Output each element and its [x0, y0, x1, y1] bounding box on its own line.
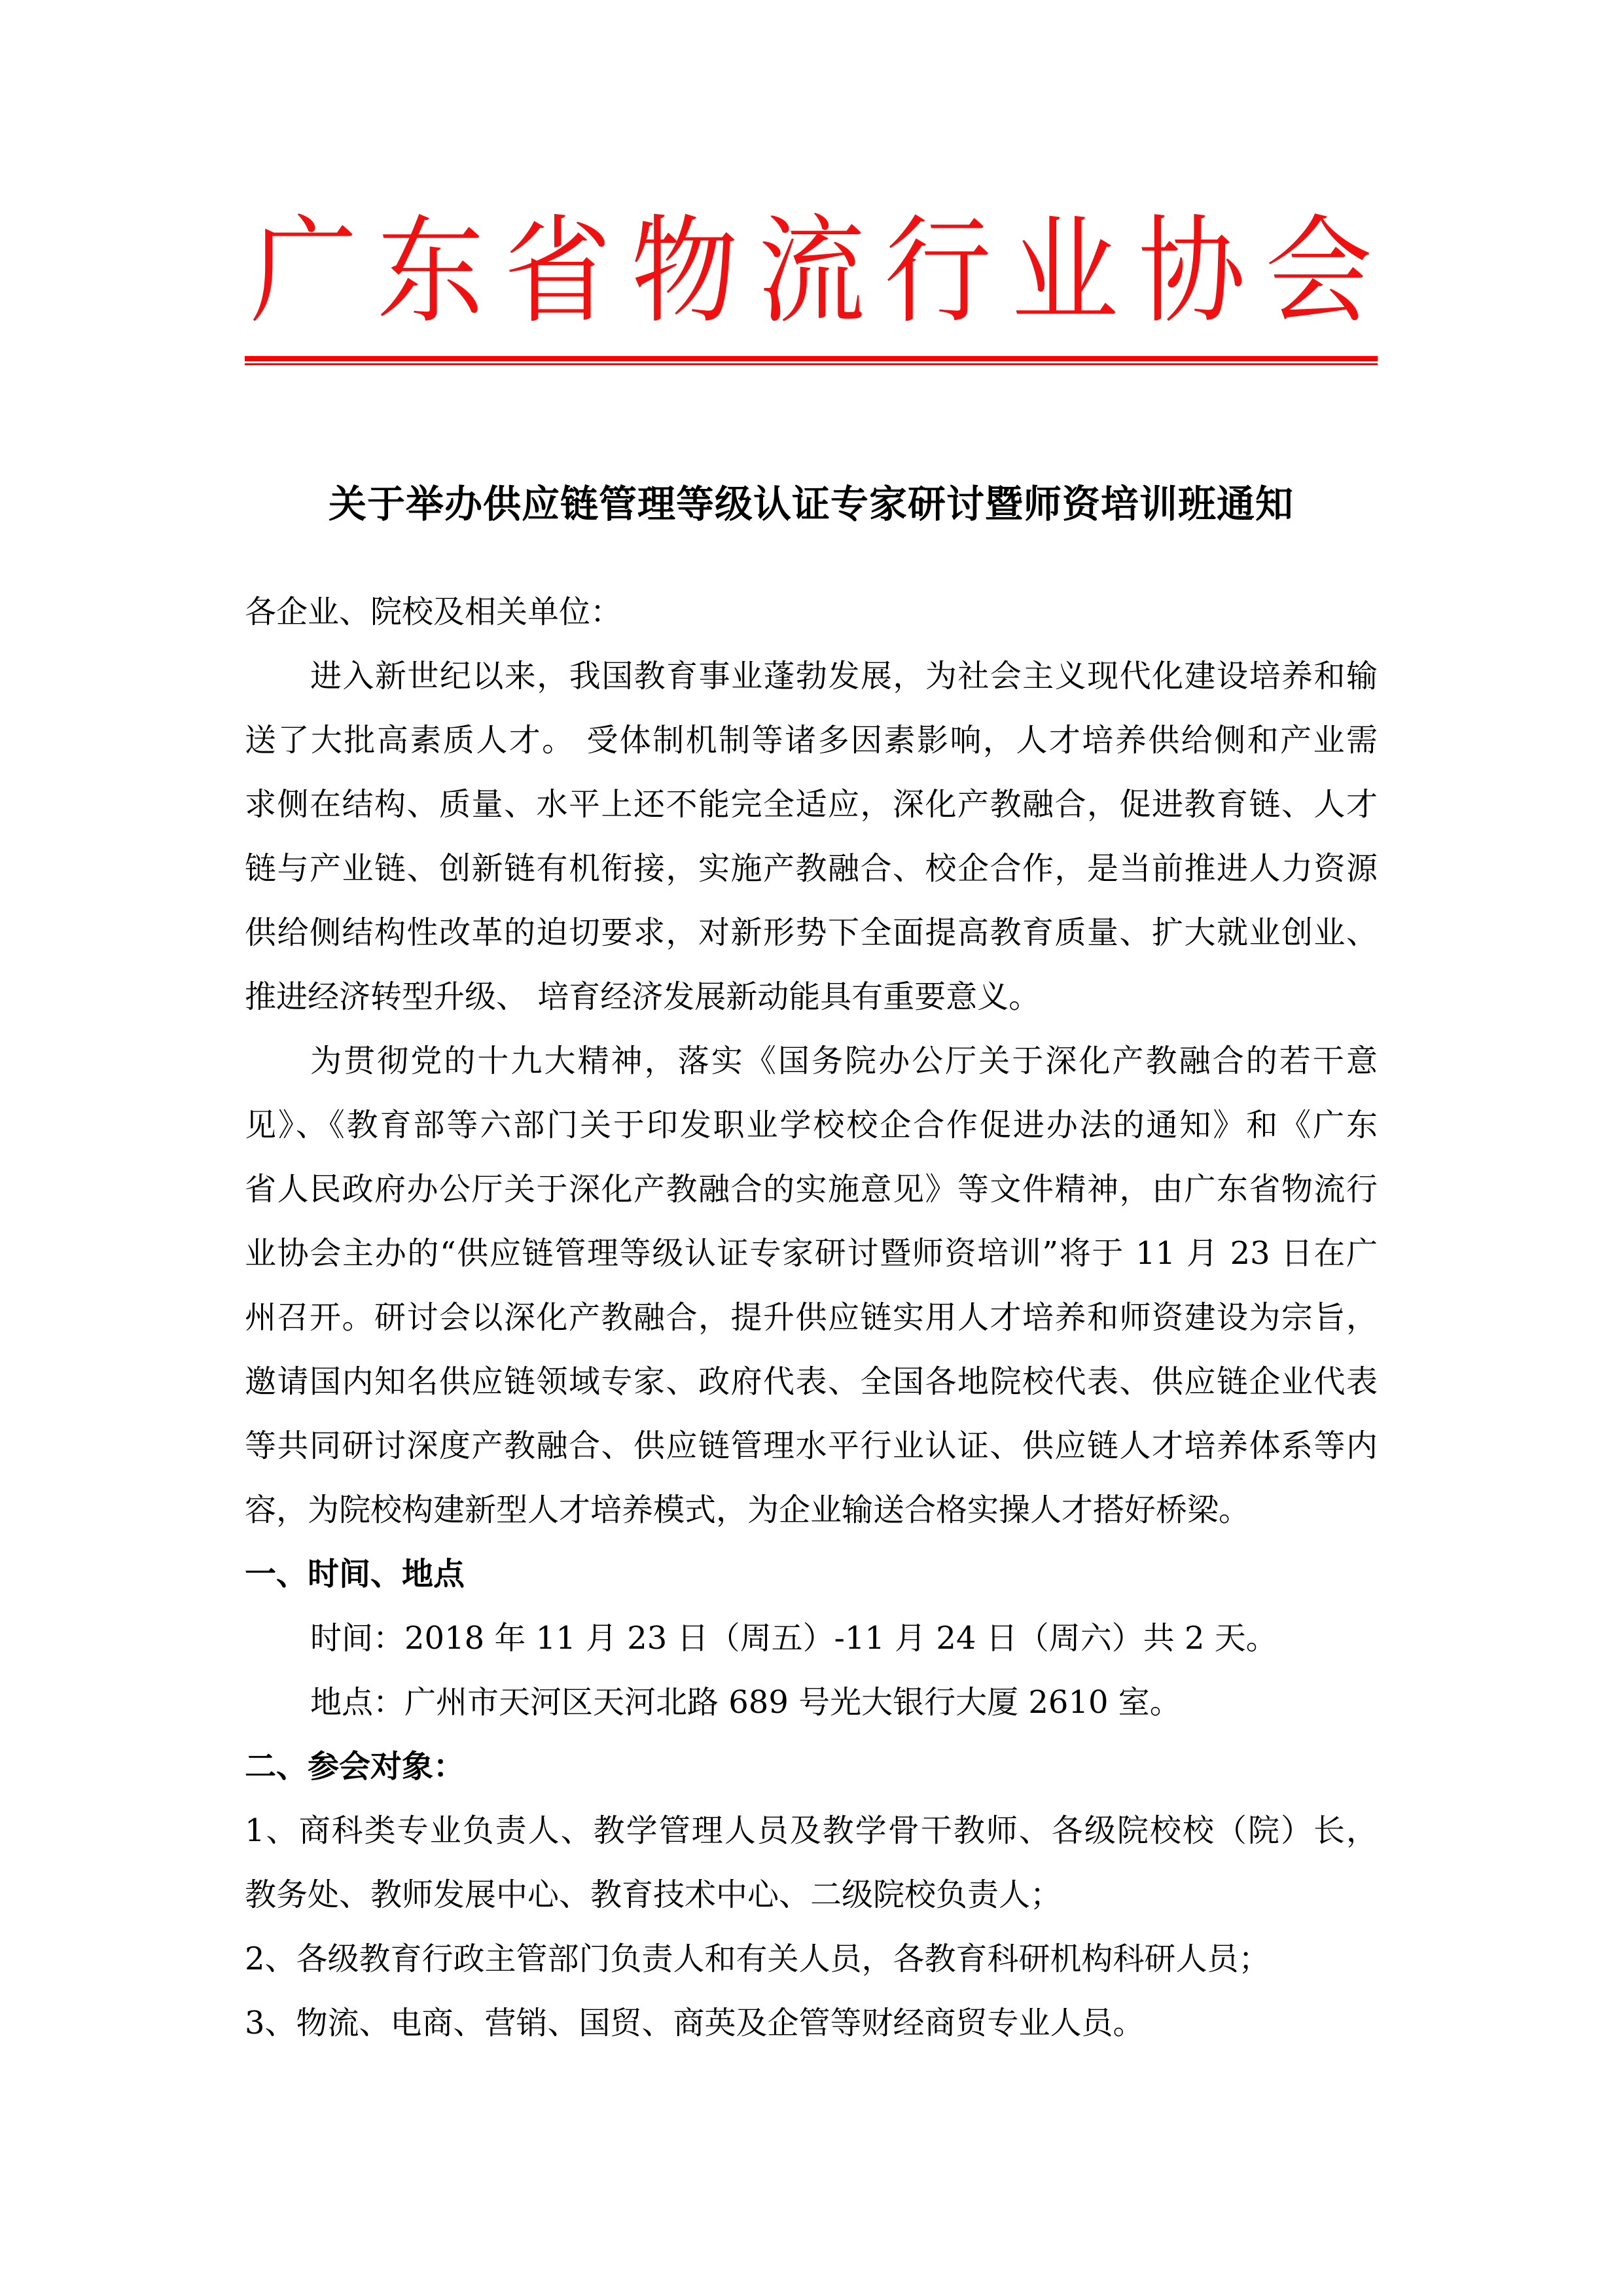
letterhead-char: 流 [757, 206, 866, 337]
letterhead-char: 会 [1264, 206, 1373, 337]
section-heading-attendees: 二、参会对象： [245, 1734, 1378, 1799]
paragraph-line: 邀请国内知名供应链领域专家、政府代表、全国各地院校代表、供应链企业代表 [245, 1350, 1378, 1414]
letterhead-char: 物 [630, 206, 739, 337]
attendee-item: 3、物流、电商、营销、国贸、商英及企管等财经商贸专业人员。 [245, 1991, 1378, 2055]
letterhead-char: 东 [376, 206, 485, 337]
document-title: 关于举办供应链管理等级认证专家研讨暨师资培训班通知 [245, 481, 1378, 527]
letterhead-char: 业 [1010, 206, 1119, 337]
letterhead-red-rule-thick [245, 356, 1378, 361]
paragraph-line: 等共同研讨深度产教融合、供应链管理水平行业认证、供应链人才培养体系等内 [245, 1414, 1378, 1478]
paragraph-line: 送了大批高素质人才。 受体制机制等诸多因素影响，人才培养供给侧和产业需 [245, 708, 1378, 772]
paragraph-purpose: 为贯彻党的十九大精神，落实《国务院办公厅关于深化产教融合的若干意 见》、《教育部… [245, 1029, 1378, 1542]
paragraph-line: 求侧在结构、质量、水平上还不能完全适应，深化产教融合，促进教育链、人才 [245, 772, 1378, 836]
letterhead-char: 省 [503, 206, 612, 337]
attendee-item: 1、商科类专业负责人、教学管理人员及教学骨干教师、各级院校校（院）长， [245, 1799, 1378, 1863]
document-page: 广 东 省 物 流 行 业 协 会 关于举办供应链管理等级认证专家研讨暨师资培训… [0, 0, 1623, 2296]
paragraph-line: 推进经济转型升级、 培育经济发展新动能具有重要意义。 [245, 965, 1378, 1029]
letterhead-char: 广 [249, 206, 358, 337]
paragraph-line: 业协会主办的“供应链管理等级认证专家研讨暨师资培训”将于 11 月 23 日在广 [245, 1221, 1378, 1285]
paragraph-intro: 进入新世纪以来，我国教育事业蓬勃发展，为社会主义现代化建设培养和输 送了大批高素… [245, 644, 1378, 1029]
section-heading-time-place: 一、时间、地点 [245, 1542, 1378, 1606]
letterhead-organization-name: 广 东 省 物 流 行 业 协 会 [245, 206, 1378, 337]
paragraph-line: 省人民政府办公厅关于深化产教融合的实施意见》等文件精神，由广东省物流行 [245, 1157, 1378, 1221]
letterhead-char: 行 [884, 206, 993, 337]
paragraph-line: 容，为院校构建新型人才培养模式，为企业输送合格实操人才搭好桥梁。 [245, 1478, 1378, 1542]
paragraph-line: 进入新世纪以来，我国教育事业蓬勃发展，为社会主义现代化建设培养和输 [245, 644, 1378, 708]
salutation: 各企业、院校及相关单位： [245, 580, 1378, 644]
paragraph-line: 链与产业链、创新链有机衔接，实施产教融合、校企合作，是当前推进人力资源 [245, 836, 1378, 901]
event-place: 地点：广州市天河区天河北路 689 号光大银行大厦 2610 室。 [245, 1670, 1378, 1734]
letterhead-char: 协 [1137, 206, 1246, 337]
letterhead-red-rule-thin [245, 363, 1378, 365]
document-body: 各企业、院校及相关单位： 进入新世纪以来，我国教育事业蓬勃发展，为社会主义现代化… [245, 580, 1378, 2055]
paragraph-line: 为贯彻党的十九大精神，落实《国务院办公厅关于深化产教融合的若干意 [245, 1029, 1378, 1093]
event-time: 时间：2018 年 11 月 23 日（周五）-11 月 24 日（周六）共 2… [245, 1606, 1378, 1670]
attendee-item: 教务处、教师发展中心、教育技术中心、二级院校负责人； [245, 1863, 1378, 1927]
paragraph-line: 州召开。研讨会以深化产教融合，提升供应链实用人才培养和师资建设为宗旨， [245, 1285, 1378, 1350]
paragraph-line: 供给侧结构性改革的迫切要求，对新形势下全面提高教育质量、扩大就业创业、 [245, 901, 1378, 965]
attendee-item: 2、各级教育行政主管部门负责人和有关人员，各教育科研机构科研人员； [245, 1927, 1378, 1991]
paragraph-line: 见》、《教育部等六部门关于印发职业学校校企合作促进办法的通知》和《广东 [245, 1093, 1378, 1157]
